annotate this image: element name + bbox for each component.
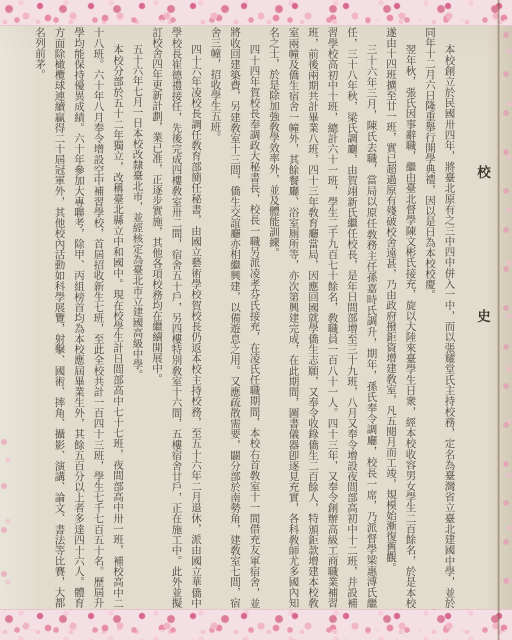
blossom-edge-left xyxy=(0,430,12,610)
blossom-edge-right xyxy=(501,25,512,610)
blossom-border-bottom xyxy=(0,609,512,640)
paragraph-year44: 四十四年賀校長奉調政大秘書長，校長一職另派凌孝芬氏接充，在凌氏任職期間，本校右首… xyxy=(205,27,264,608)
binding-shadow xyxy=(497,0,500,640)
scanned-book-page: 校史 本校創立於民國卅四年，將臺北原有之三中四中併入一中，而以張耀堂氏主持校務，… xyxy=(0,0,512,640)
page-title: 校史 xyxy=(473,27,493,608)
paragraph-current-status: 本校分部於五十二年獨立，改稱臺北縣立中和國中。現在校學生計日間部高中七十七班，夜… xyxy=(30,27,128,608)
school-history-article: 校史 本校創立於民國卅四年，將臺北原有之三中四中併入一中，而以張耀堂氏主持校務，… xyxy=(28,27,492,608)
paragraph-conclusion: 聚神州與寶島子弟於一堂，合大陸海洋文化而共冶，相式相長，發揚蹈厲，能有已往之彪炳… xyxy=(28,27,30,608)
paragraph-founding: 本校創立於民國卅四年，將臺北原有之三中四中併入一中，而以張耀堂氏主持校務，定名為… xyxy=(420,27,459,608)
title-char-1: 校 xyxy=(475,165,490,181)
paragraph-principals-and-growth: 三十六年三月，陳氏去職，當局以原任敎務主任孫嘉時氏調升，期年，孫氏奉令調廳，校長… xyxy=(264,27,381,608)
blossom-border-top xyxy=(0,0,512,26)
paragraph-year46: 四十六年凌校長調任敎育部簡任秘書，由國立藝術學校賀校長仍返本校主持校務，至五十六… xyxy=(147,27,206,608)
paragraph-rename: 五十六年七月一日本校改隸臺北市，並經核定為臺北市立建國高級中學。 xyxy=(127,27,147,608)
title-char-2: 史 xyxy=(475,309,490,325)
paragraph-expansion: 翌年秋，張氏因事辭職，繼由臺北督學陳文彬氏接充，旋以大陸來臺學生日衆，經本校收容… xyxy=(381,27,420,608)
